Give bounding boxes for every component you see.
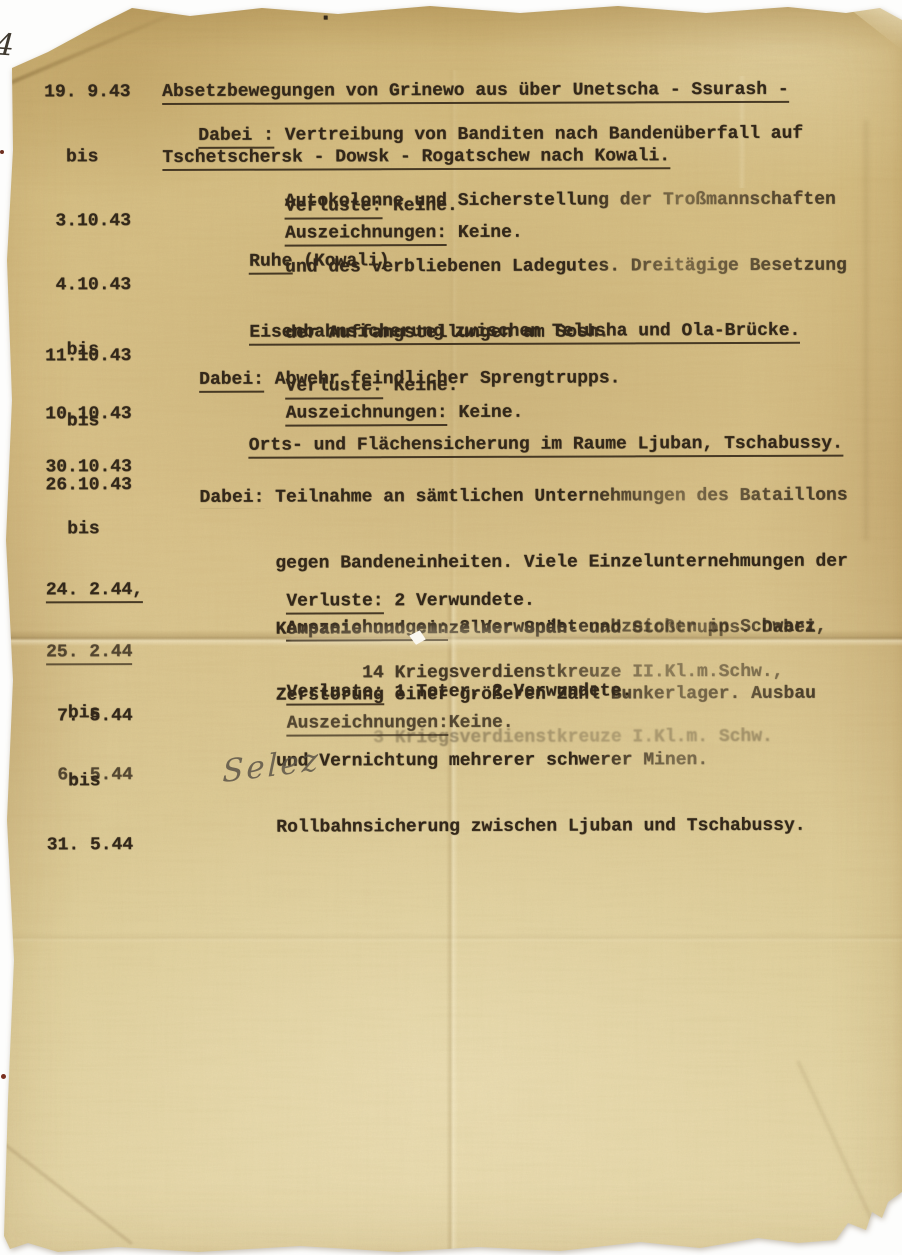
date-line: 19. 9.43 — [44, 82, 130, 104]
date-line: 30.10.43 — [45, 457, 142, 478]
dabei-line: Dabei: Teilnahme an sämtlichen Unternehm… — [200, 485, 848, 509]
auszeichnungen-label: Auszeichnungen: — [287, 713, 449, 737]
paper-speck — [0, 150, 4, 154]
date-line: 25. 2.44 — [46, 642, 143, 663]
date-line: 7. 5.44 — [46, 706, 132, 728]
scanned-document: 4 . — [0, 0, 902, 1255]
date-line: 11.10.43 — [45, 346, 131, 368]
dabei-label: Dabei : — [198, 126, 274, 149]
paper-speck — [1, 1074, 6, 1079]
entry5-dates: 7. 5.44 bis 31. 5.44 — [46, 663, 133, 900]
dabei-label: Dabei: — [200, 488, 265, 511]
date-line: 4.10.43 — [45, 275, 131, 297]
date-line: bis — [46, 771, 132, 793]
paper-sheet: . 19. 9.43 bis 3.10.43 Absetzbewegungen … — [0, 0, 902, 1255]
date-line: bis — [46, 519, 143, 540]
paper-shadow: . 19. 9.43 bis 3.10.43 Absetzbewegungen … — [0, 0, 902, 1255]
page-corner-number: 4 — [0, 27, 15, 63]
date-line: 24. 2.44, — [46, 580, 143, 601]
entry5-auszeichnungen: Auszeichnungen:Keine. — [200, 693, 513, 754]
dabei-line: Rollbahnsicherung zwischen Ljuban und Ts… — [201, 815, 849, 839]
typed-content: . 19. 9.43 bis 3.10.43 Absetzbewegungen … — [0, 0, 902, 1255]
stray-type-mark: . — [318, 0, 334, 27]
dabei-line: Dabei : Vertreibung von Banditen nach Ba… — [198, 123, 846, 147]
date-line: 3.10.43 — [45, 211, 131, 233]
entry2-title: Ruhe (Kowali) — [163, 231, 390, 292]
date-line: bis — [44, 147, 130, 169]
date-line: 31. 5.44 — [47, 835, 133, 857]
